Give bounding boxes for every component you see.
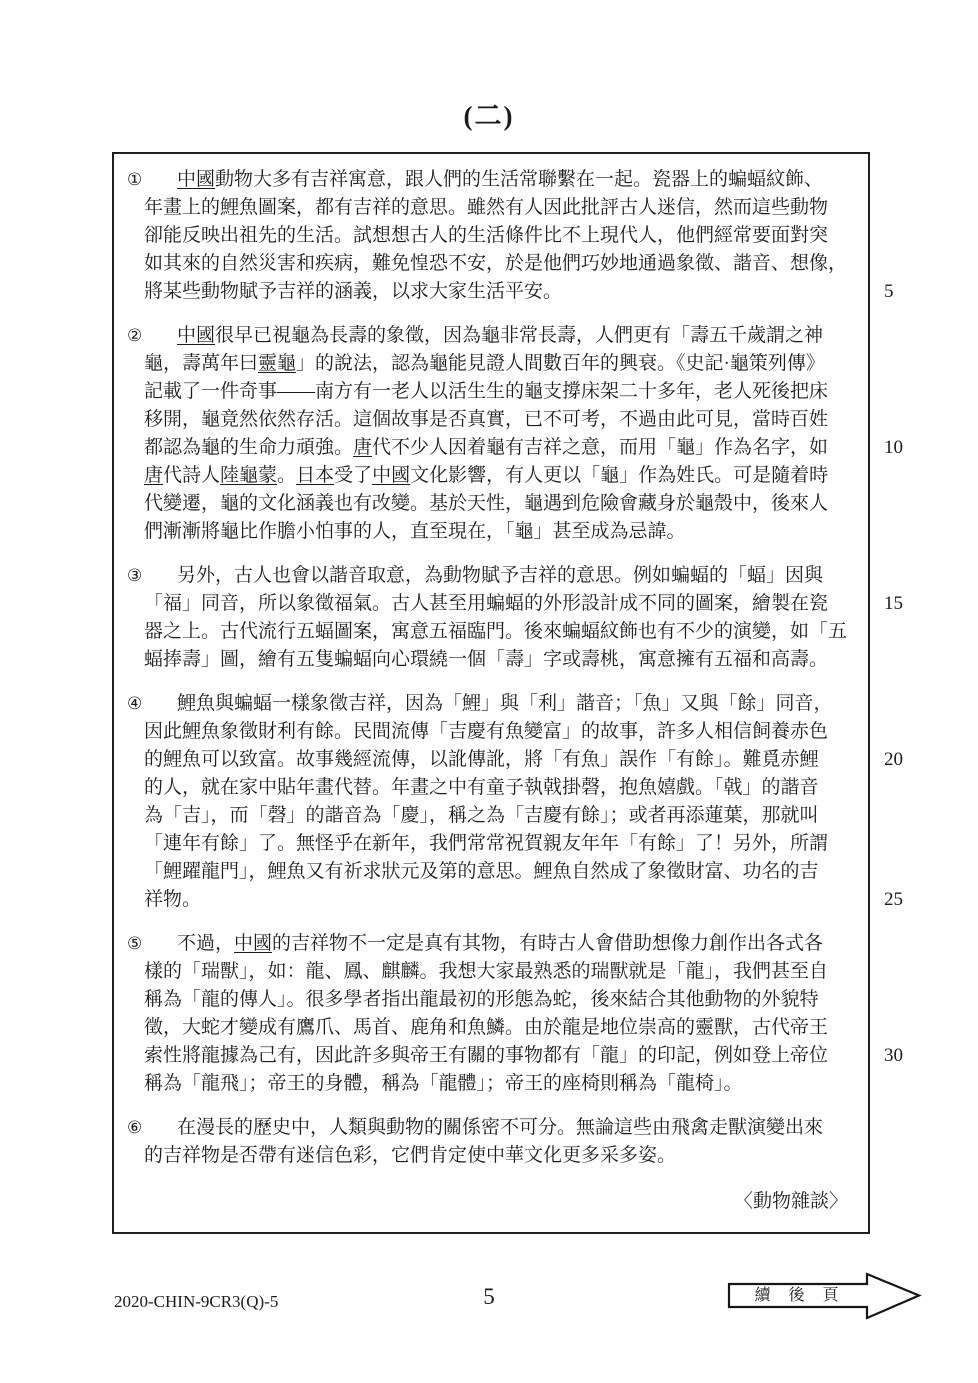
paragraph-text: 中國很早已視龜為長壽的象徵，因為龜非常長壽，人們更有「壽五千歲謂之神 龜，壽萬年… <box>144 322 872 546</box>
paragraph: ⑤ 不過，中國的吉祥物不一定是真有其物，有時古人會借助想像力創作出各式各 樣的「… <box>114 930 868 1098</box>
section-title: (二) <box>0 94 978 133</box>
passage: ① 中國動物大多有吉祥寓意，跟人們的生活常聯繫在一起。瓷器上的蝙蝠紋飾、 年畫上… <box>114 166 868 1170</box>
source-attribution: 〈動物雜談〉 <box>734 1188 848 1216</box>
paragraph-marker: ① <box>127 170 142 190</box>
line-number: 10 <box>884 434 928 462</box>
paragraph-marker: ④ <box>127 694 142 714</box>
exam-page: (二) ① 中國動物大多有吉祥寓意，跟人們的生活常聯繫在一起。瓷器上的蝙蝠紋飾、… <box>0 0 978 1383</box>
passage-box: ① 中國動物大多有吉祥寓意，跟人們的生活常聯繫在一起。瓷器上的蝙蝠紋飾、 年畫上… <box>112 152 870 1234</box>
paragraph-text: 鯉魚與蝙蝠一樣象徵吉祥，因為「鯉」與「利」諧音；「魚」又與「餘」同音， 因此鯉魚… <box>144 690 872 914</box>
next-page-arrow: 續 後 頁 <box>727 1272 927 1320</box>
paragraph-marker: ③ <box>127 566 142 586</box>
line-number: 25 <box>884 886 928 914</box>
paragraph: ⑥ 在漫長的歷史中，人類與動物的關係密不可分。無論這些由飛禽走獸演變出來 的吉祥… <box>114 1114 868 1170</box>
paragraph: ③ 另外，古人也會以諧音取意，為動物賦予吉祥的意思。例如蝙蝠的「蝠」因與 「福」… <box>114 562 868 674</box>
paragraph-text: 另外，古人也會以諧音取意，為動物賦予吉祥的意思。例如蝙蝠的「蝠」因與 「福」同音… <box>144 562 872 674</box>
line-number: 30 <box>884 1042 928 1070</box>
paragraph: ② 中國很早已視龜為長壽的象徵，因為龜非常長壽，人們更有「壽五千歲謂之神 龜，壽… <box>114 322 868 546</box>
paragraph: ④ 鯉魚與蝙蝠一樣象徵吉祥，因為「鯉」與「利」諧音；「魚」又與「餘」同音， 因此… <box>114 690 868 914</box>
line-number: 15 <box>884 590 928 618</box>
paragraph-marker: ⑤ <box>127 934 142 954</box>
paragraph-text: 中國動物大多有吉祥寓意，跟人們的生活常聯繫在一起。瓷器上的蝙蝠紋飾、 年畫上的鯉… <box>144 166 872 306</box>
paragraph-marker: ② <box>127 326 142 346</box>
next-page-label: 續 後 頁 <box>727 1285 867 1307</box>
line-number: 5 <box>884 278 928 306</box>
line-number: 20 <box>884 746 928 774</box>
paragraph-text: 不過，中國的吉祥物不一定是真有其物，有時古人會借助想像力創作出各式各 樣的「瑞獸… <box>144 930 872 1098</box>
paragraph-text: 在漫長的歷史中，人類與動物的關係密不可分。無論這些由飛禽走獸演變出來 的吉祥物是… <box>144 1114 872 1170</box>
paragraph-marker: ⑥ <box>127 1118 142 1138</box>
paragraph: ① 中國動物大多有吉祥寓意，跟人們的生活常聯繫在一起。瓷器上的蝙蝠紋飾、 年畫上… <box>114 166 868 306</box>
